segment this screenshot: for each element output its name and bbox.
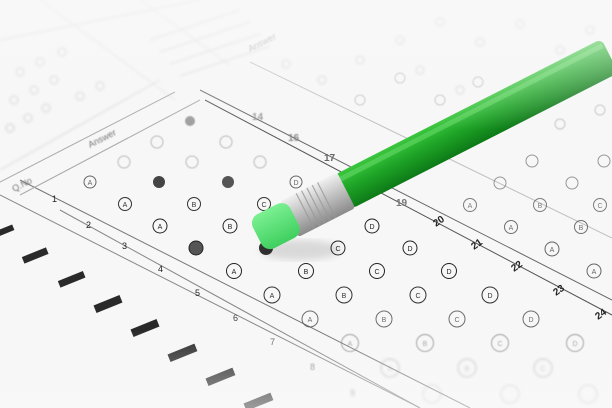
- question-number: 16: [288, 133, 300, 144]
- question-number: 17: [324, 153, 336, 164]
- svg-text:A: A: [592, 269, 597, 276]
- svg-text:A: A: [158, 224, 163, 231]
- answer-sheet-photo: Q.No Answer Answer 1 2 3 4 5 6 7 8 9 14 …: [0, 0, 612, 408]
- svg-text:3: 3: [122, 241, 127, 251]
- svg-text:B: B: [304, 269, 309, 276]
- svg-text:B: B: [423, 341, 428, 348]
- svg-text:2: 2: [86, 220, 91, 230]
- svg-text:A: A: [509, 225, 514, 232]
- svg-text:B: B: [579, 225, 584, 232]
- svg-text:A: A: [348, 341, 353, 348]
- svg-text:A: A: [388, 366, 393, 373]
- svg-text:A: A: [123, 202, 128, 209]
- svg-text:B: B: [342, 293, 347, 300]
- question-number: 14: [252, 112, 264, 123]
- answer-bubbles: A D A B C A B D C D: [84, 73, 610, 403]
- svg-text:C: C: [261, 202, 266, 209]
- svg-text:C: C: [454, 317, 459, 324]
- svg-text:A: A: [232, 269, 237, 276]
- qno-header: Q.No: [10, 175, 33, 193]
- svg-text:A: A: [88, 180, 93, 187]
- question-number: 24: [593, 307, 609, 323]
- svg-text:C: C: [415, 293, 420, 300]
- question-number: 19: [396, 198, 408, 209]
- svg-text:7: 7: [270, 337, 275, 347]
- svg-text:5: 5: [195, 288, 200, 298]
- svg-text:D: D: [369, 224, 374, 231]
- svg-text:A: A: [468, 203, 473, 210]
- svg-text:9: 9: [350, 388, 355, 398]
- bubble-1-b-filled[interactable]: [153, 176, 165, 188]
- answer-sheet: Q.No Answer Answer 1 2 3 4 5 6 7 8 9 14 …: [0, 0, 612, 408]
- svg-text:A: A: [308, 317, 313, 324]
- svg-text:D: D: [293, 180, 298, 187]
- svg-text:B: B: [465, 366, 470, 373]
- svg-text:B: B: [192, 202, 197, 209]
- svg-text:6: 6: [233, 313, 238, 323]
- question-number: 21: [469, 237, 485, 253]
- bubble-filled[interactable]: [189, 241, 203, 255]
- svg-text:A: A: [550, 247, 555, 254]
- svg-text:8: 8: [310, 362, 315, 372]
- svg-text:D: D: [528, 317, 533, 324]
- svg-text:4: 4: [158, 264, 163, 274]
- svg-text:D: D: [487, 293, 492, 300]
- svg-text:D: D: [446, 269, 451, 276]
- bubble-1-c-filled[interactable]: [222, 176, 234, 188]
- svg-text:B: B: [538, 203, 543, 210]
- svg-text:B: B: [382, 317, 387, 324]
- question-number: 22: [509, 259, 525, 275]
- svg-text:1: 1: [52, 194, 57, 204]
- svg-text:D: D: [407, 246, 412, 253]
- svg-text:C: C: [497, 341, 502, 348]
- svg-text:D: D: [572, 341, 577, 348]
- svg-text:A: A: [270, 293, 275, 300]
- svg-text:B: B: [228, 224, 233, 231]
- svg-text:C: C: [374, 269, 379, 276]
- svg-text:C: C: [597, 203, 602, 210]
- question-number: 23: [551, 283, 567, 299]
- svg-text:C: C: [540, 366, 545, 373]
- answer-header-right: Answer: [246, 31, 277, 54]
- green-pencil: [248, 38, 612, 253]
